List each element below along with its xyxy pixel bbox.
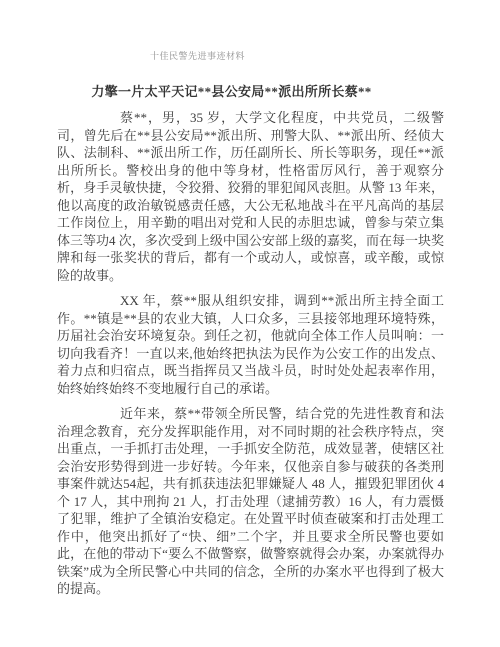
document-page: 十佳民警先进事迹材料 力擎一片太平天记**县公安局**派出所所长蔡** 蔡**，… — [0, 0, 500, 647]
document-category-label: 十佳民警先进事迹材料 — [150, 50, 444, 62]
paragraph-assignment: XX 年，蔡**服从组织安排，调到**派出所主持全面工作。**镇是**县的农业大… — [57, 292, 444, 397]
paragraph-profile: 蔡**，男，35 岁，大学文化程度，中共党员，二级警司，曾先后在**县公安局**… — [57, 109, 444, 284]
document-title: 力擎一片太平天记**县公安局**派出所所长蔡** — [57, 83, 406, 101]
paragraph-achievements: 近年来，蔡**带领全所民警，结合党的先进性教育和法治理念教育，充分发挥职能作用，… — [57, 405, 444, 598]
